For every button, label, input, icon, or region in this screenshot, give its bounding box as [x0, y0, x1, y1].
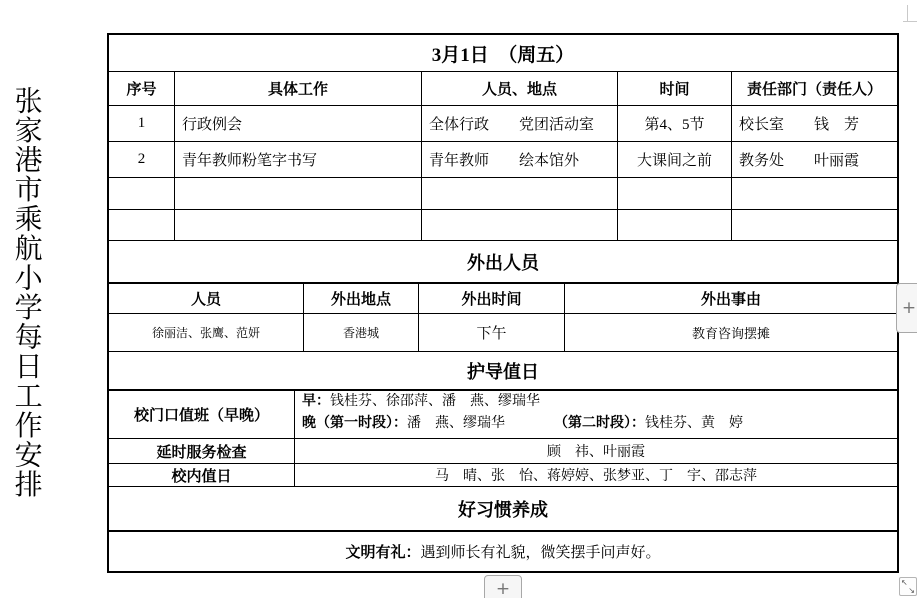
cell-no: 1 [109, 106, 175, 141]
duty-gate-line2: 晚（第一时段）：潘 燕、缪瑞华 （第二时段）：钱桂芬、黄 婷 [302, 413, 743, 435]
table-row: 文明有礼：遇到师长有礼貌，微笑摆手问声好。 [109, 532, 897, 571]
plus-icon: + [496, 581, 510, 598]
cell-outing-people: 徐丽洁、张鹰、范妍 [109, 314, 304, 351]
duty-gate-line2-names: 潘 燕、缪瑞华 [407, 416, 561, 431]
cell-duty-gate-content: 早：钱桂芬、徐邵萍、潘 燕、缪瑞华 晚（第一时段）：潘 燕、缪瑞华 （第二时段）… [295, 391, 897, 438]
header-task: 具体工作 [175, 72, 422, 105]
duty-gate-line1-label: 早： [302, 394, 330, 409]
cell-dept: 教务处 叶丽霞 [732, 142, 897, 177]
table-row: 校内值日 马 晴、张 怡、蒋婷婷、张梦亚、丁 宇、邵志萍 [109, 464, 897, 487]
cell-habit-content: 文明有礼：遇到师长有礼貌，微笑摆手问声好。 [109, 532, 897, 571]
cell-people-place [422, 178, 618, 209]
cell-no: 2 [109, 142, 175, 177]
duty-gate-line2-names2: 钱桂芬、黄 婷 [645, 416, 743, 431]
cell-duty-delay-label: 延时服务检查 [109, 439, 295, 463]
section-title-text: 好习惯养成 [458, 496, 548, 522]
cell-duty-delay-names: 顾 祎、叶丽霞 [295, 439, 897, 463]
cell-task [175, 210, 422, 240]
duty-gate-line1: 早：钱桂芬、徐邵萍、潘 燕、缪瑞华 [302, 391, 540, 413]
outing-header-row: 人员 外出地点 外出时间 外出事由 [109, 284, 897, 314]
table-row: 徐丽洁、张鹰、范妍 香港城 下午 教育咨询摆摊 [109, 314, 897, 352]
cell-task [175, 178, 422, 209]
table-row: 1 行政例会 全体行政 党团活动室 第4、5节 校长室 钱 芳 [109, 106, 897, 142]
page-margin-crop-mark [903, 21, 917, 22]
table-row: 延时服务检查 顾 祎、叶丽霞 [109, 439, 897, 464]
resize-arrow-nw-icon: ↖ [901, 578, 908, 587]
duty-gate-line2-label2: （第二时段）： [561, 416, 645, 431]
duty-gate-line1-names: 钱桂芬、徐邵萍、潘 燕、缪瑞华 [330, 394, 540, 409]
cell-dept [732, 178, 897, 209]
cell-task: 行政例会 [175, 106, 422, 141]
header-outing-time: 外出时间 [419, 284, 565, 313]
cell-no [109, 178, 175, 209]
table-resize-handle[interactable]: ↖ ↘ [899, 577, 917, 596]
section-title-text: 外出人员 [467, 249, 539, 275]
habit-item-text: 遇到师长有礼貌，微笑摆手问声好。 [421, 541, 661, 562]
add-column-button[interactable]: + [896, 283, 917, 333]
section-title-outing: 外出人员 [109, 241, 897, 284]
table-row: 2 青年教师粉笔字书写 青年教师 绘本馆外 大课间之前 教务处 叶丽霞 [109, 142, 897, 178]
main-header-row: 序号 具体工作 人员、地点 时间 责任部门（责任人） [109, 72, 897, 106]
cell-time [618, 210, 732, 240]
page-margin-crop-mark [907, 5, 908, 22]
header-outing-place: 外出地点 [304, 284, 419, 313]
table-row-empty [109, 178, 897, 210]
cell-people-place [422, 210, 618, 240]
habit-item-label: 文明有礼： [345, 541, 420, 562]
cell-time: 大课间之前 [618, 142, 732, 177]
date-header-row: 3月1日 （周五） [109, 35, 897, 72]
daily-schedule-table: 3月1日 （周五） 序号 具体工作 人员、地点 时间 责任部门（责任人） 1 行… [107, 33, 899, 573]
cell-outing-reason: 教育咨询摆摊 [565, 314, 897, 351]
cell-duty-campus-names: 马 晴、张 怡、蒋婷婷、张梦亚、丁 宇、邵志萍 [295, 464, 897, 486]
cell-time [618, 178, 732, 209]
header-people-place: 人员、地点 [422, 72, 618, 105]
header-outing-reason: 外出事由 [565, 284, 897, 313]
section-title-text: 护导值日 [467, 358, 539, 384]
cell-people-place: 全体行政 党团活动室 [422, 106, 618, 141]
table-row-empty [109, 210, 897, 241]
table-row: 校门口值班（早晚） 早：钱桂芬、徐邵萍、潘 燕、缪瑞华 晚（第一时段）：潘 燕、… [109, 391, 897, 439]
cell-time: 第4、5节 [618, 106, 732, 141]
header-outing-people: 人员 [109, 284, 304, 313]
date-title: 3月1日 （周五） [432, 40, 575, 67]
document-side-title: 张家港市乘航小学每日工作安排 [9, 86, 43, 516]
section-title-habit: 好习惯养成 [109, 487, 897, 532]
add-row-button[interactable]: + [484, 575, 522, 598]
cell-dept [732, 210, 897, 240]
cell-duty-campus-label: 校内值日 [109, 464, 295, 486]
header-dept: 责任部门（责任人） [732, 72, 897, 105]
cell-outing-time: 下午 [419, 314, 565, 351]
cell-no [109, 210, 175, 240]
resize-arrow-se-icon: ↘ [908, 586, 915, 595]
cell-people-place: 青年教师 绘本馆外 [422, 142, 618, 177]
cell-outing-place: 香港城 [304, 314, 419, 351]
header-no: 序号 [109, 72, 175, 105]
cell-task: 青年教师粉笔字书写 [175, 142, 422, 177]
header-time: 时间 [618, 72, 732, 105]
section-title-duty: 护导值日 [109, 352, 897, 391]
cell-duty-gate-label: 校门口值班（早晚） [109, 391, 295, 438]
duty-gate-line2-label: 晚（第一时段）： [302, 416, 407, 431]
cell-dept: 校长室 钱 芳 [732, 106, 897, 141]
plus-icon: + [902, 300, 916, 317]
